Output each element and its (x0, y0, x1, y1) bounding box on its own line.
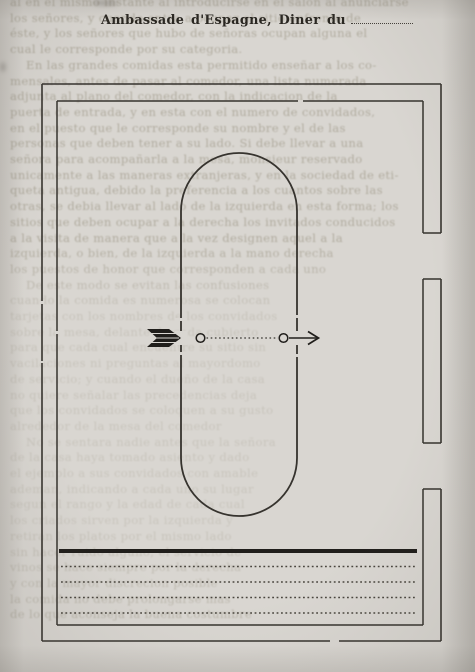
date-fill-in-line (351, 20, 413, 24)
inner-border (57, 101, 441, 625)
outer-border (42, 84, 441, 641)
scan-artifact (92, 0, 118, 6)
seat-circle-left (196, 334, 205, 343)
page-header: Ambassade d'Espagne, Diner du (101, 13, 413, 28)
scan-artifact (0, 62, 6, 72)
seat-circle-right (279, 334, 288, 343)
seating-plan-diagram (0, 0, 475, 672)
writing-area (59, 551, 417, 613)
scanned-page: al en el mismo instante al introducirse … (0, 0, 475, 672)
page-title: Ambassade d'Espagne, Diner du (101, 13, 346, 28)
